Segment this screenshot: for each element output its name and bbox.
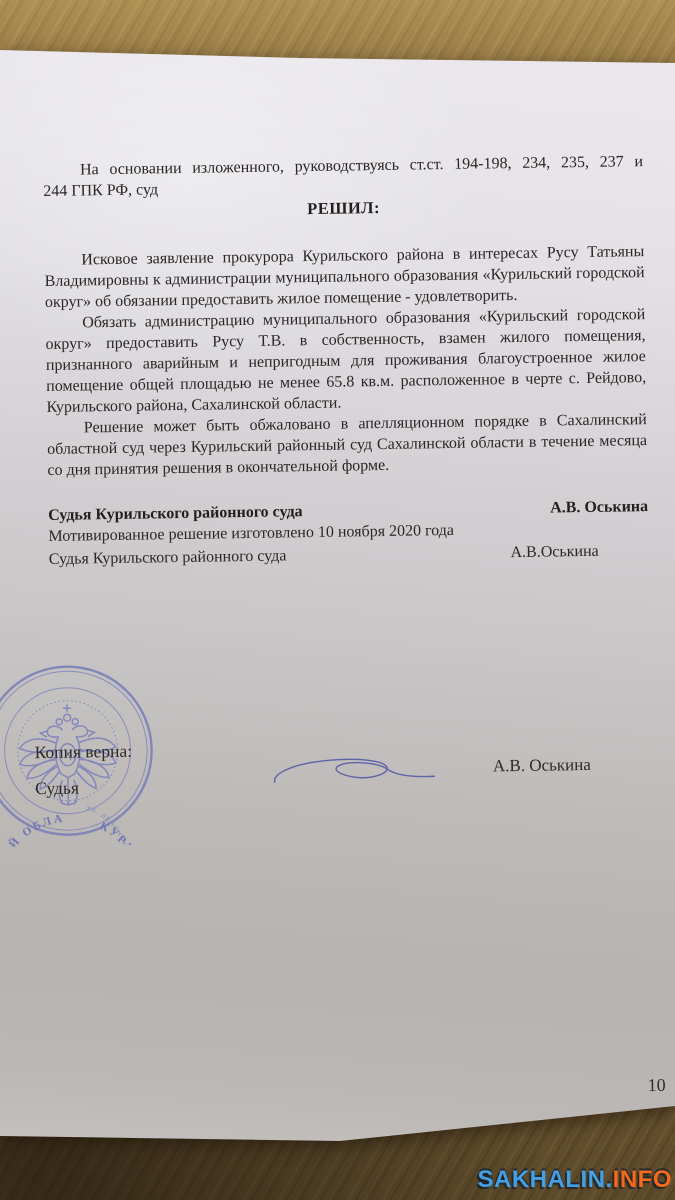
- sakhalin-info-watermark: SAKHALIN.INFO: [478, 1166, 673, 1194]
- judge-label: Судья: [35, 778, 79, 800]
- paper-shadow: На основании изложенного, руководствуясь…: [0, 0, 675, 1200]
- judge-title: Судья Курильского районного суда: [49, 545, 287, 570]
- watermark-site-part: SAKHALIN.: [478, 1166, 613, 1193]
- ruling-paragraph: Решение может быть обжаловано в апелляци…: [47, 409, 648, 481]
- watermark-suffix-part: INFO: [613, 1166, 672, 1193]
- document-page: На основании изложенного, руководствуясь…: [0, 0, 675, 1200]
- page-number: 10: [647, 1075, 665, 1096]
- document-text-flow: На основании изложенного, руководствуясь…: [43, 151, 649, 570]
- ruling-paragraph: Обязать администрацию муниципального обр…: [45, 304, 646, 418]
- copy-correct-label: Копия верна:: [34, 741, 132, 763]
- document-content: На основании изложенного, руководствуясь…: [0, 0, 675, 1200]
- ruling-paragraph: Исковое заявление прокурора Курильского …: [44, 241, 645, 313]
- judge-signature: [263, 750, 449, 795]
- judge-name: А.В. Оськина: [550, 496, 648, 518]
- judge-name: А.В.Оськина: [510, 541, 598, 563]
- photo-of-document-on-wood-floor: На основании изложенного, руководствуясь…: [0, 0, 675, 1200]
- certification-judge-name: А.В. Оськина: [493, 755, 591, 776]
